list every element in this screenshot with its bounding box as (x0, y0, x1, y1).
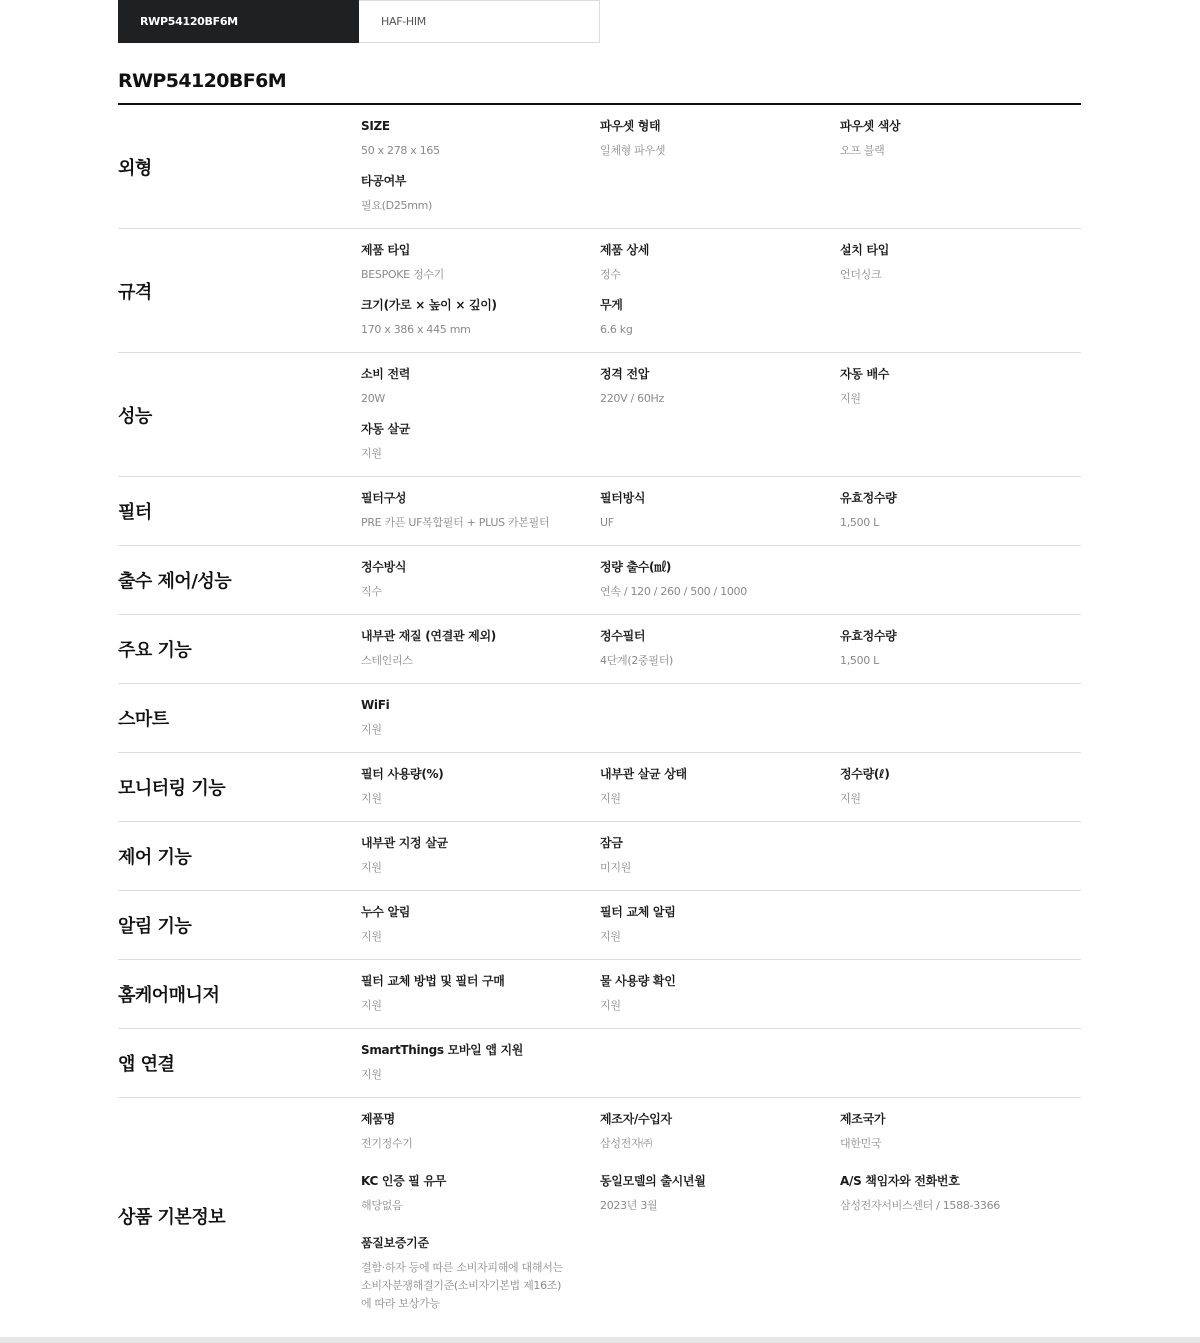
spec-item: 내부관 살균 상태지원 (600, 766, 840, 821)
section-category: 상품 기본정보 (118, 1098, 361, 1334)
spec-label: 자동 배수 (840, 366, 1080, 382)
spec-section: 주요 기능내부관 재질 (연결관 제외)스테인리스정수필터4단계(2중필터)유효… (118, 615, 1081, 684)
spec-item: 필터 교체 방법 및 필터 구매지원 (361, 973, 600, 1028)
spec-table: 외형SIZE50 x 278 x 165파우셋 형태일체형 파우셋파우셋 색상오… (118, 105, 1081, 1334)
spec-label: 물 사용량 확인 (600, 973, 840, 989)
spec-value: 1,500 L (840, 652, 1080, 670)
spec-label: 유효정수량 (840, 628, 1080, 644)
spec-section: 앱 연결SmartThings 모바일 앱 지원지원 (118, 1029, 1081, 1098)
spec-value: 스테인리스 (361, 652, 600, 670)
spec-value: 20W (361, 390, 600, 408)
spec-item: 제조국가대한민국 (840, 1111, 1080, 1173)
section-items: 정수방식직수정량 출수(㎖)연속 / 120 / 260 / 500 / 100… (361, 546, 1081, 614)
spec-label: 제품 상세 (600, 242, 840, 258)
spec-label: 정수방식 (361, 559, 600, 575)
spec-label: 동일모델의 출시년월 (600, 1173, 840, 1189)
spec-value: 삼성전자서비스센터 / 1588-3366 (840, 1197, 1080, 1215)
section-category: 홈케어매니저 (118, 960, 361, 1028)
spec-value: 지원 (840, 390, 1080, 408)
section-category: 외형 (118, 105, 361, 228)
spec-item: 품질보증기준결함·하자 등에 따른 소비자피해에 대해서는 소비자분쟁해결기준(… (361, 1235, 600, 1320)
spec-label: 파우셋 형태 (600, 118, 840, 134)
section-items: 누수 알림지원필터 교체 알림지원 (361, 891, 1081, 959)
spec-value: 지원 (840, 790, 1080, 808)
spec-item: 정수량(ℓ)지원 (840, 766, 1080, 821)
spec-label: 제조자/수입자 (600, 1111, 840, 1127)
section-category: 모니터링 기능 (118, 753, 361, 821)
spec-label: 파우셋 색상 (840, 118, 1080, 134)
spec-item: 제조자/수입자삼성전자㈜ (600, 1111, 840, 1173)
tab-label: HAF-HIM (381, 15, 426, 28)
spec-item: 소비 전력20W (361, 366, 600, 421)
spec-value: 연속 / 120 / 260 / 500 / 1000 (600, 583, 840, 601)
spec-value: 지원 (600, 997, 840, 1015)
section-items: 필터 교체 방법 및 필터 구매지원물 사용량 확인지원 (361, 960, 1081, 1028)
spec-label: 내부관 지정 살균 (361, 835, 600, 851)
tab-label: RWP54120BF6M (140, 15, 238, 28)
spec-item: 크기(가로 × 높이 × 깊이)170 x 386 x 445 mm (361, 297, 600, 352)
spec-label: 필터구성 (361, 490, 600, 506)
spec-item: 파우셋 형태일체형 파우셋 (600, 118, 840, 173)
section-items: 소비 전력20W정격 전압220V / 60Hz자동 배수지원자동 살균지원 (361, 353, 1081, 476)
spec-label: 무게 (600, 297, 840, 313)
model-tabs: RWP54120BF6M HAF-HIM (118, 0, 600, 43)
spec-section: 스마트WiFi지원 (118, 684, 1081, 753)
bottom-band (0, 1337, 1200, 1343)
spec-section: 홈케어매니저필터 교체 방법 및 필터 구매지원물 사용량 확인지원 (118, 960, 1081, 1029)
spec-section: 상품 기본정보제품명전기정수기제조자/수입자삼성전자㈜제조국가대한민국KC 인증… (118, 1098, 1081, 1334)
spec-label: 정격 전압 (600, 366, 840, 382)
section-category: 주요 기능 (118, 615, 361, 683)
spec-item: 자동 배수지원 (840, 366, 1080, 421)
section-category: 필터 (118, 477, 361, 545)
tab-rwp54120bf6m[interactable]: RWP54120BF6M (118, 0, 359, 43)
spec-item: 제품 타입BESPOKE 정수기 (361, 242, 600, 297)
spec-label: KC 인증 필 유무 (361, 1173, 600, 1189)
spec-value: 오프 블랙 (840, 142, 1080, 160)
section-items: 제품 타입BESPOKE 정수기제품 상세정수설치 타입언더싱크크기(가로 × … (361, 229, 1081, 352)
spec-value: BESPOKE 정수기 (361, 266, 600, 284)
spec-section: 외형SIZE50 x 278 x 165파우셋 형태일체형 파우셋파우셋 색상오… (118, 105, 1081, 229)
spec-label: 내부관 살균 상태 (600, 766, 840, 782)
spec-item: 설치 타입언더싱크 (840, 242, 1080, 297)
spec-label: 품질보증기준 (361, 1235, 600, 1251)
spec-item: 동일모델의 출시년월2023년 3월 (600, 1173, 840, 1235)
spec-item: 잠금미지원 (600, 835, 840, 890)
spec-value: 50 x 278 x 165 (361, 142, 600, 160)
spec-value: 직수 (361, 583, 600, 601)
spec-value: PRE 카픈 UF복합필터 + PLUS 카본필터 (361, 514, 600, 532)
section-items: SIZE50 x 278 x 165파우셋 형태일체형 파우셋파우셋 색상오프 … (361, 105, 1081, 228)
spec-item: 타공여부필요(D25mm) (361, 173, 600, 228)
section-items: SmartThings 모바일 앱 지원지원 (361, 1029, 1081, 1097)
spec-item: 필터방식UF (600, 490, 840, 545)
spec-item: 자동 살균지원 (361, 421, 600, 476)
spec-item: 필터 교체 알림지원 (600, 904, 840, 959)
spec-label: 자동 살균 (361, 421, 600, 437)
spec-value: 전기정수기 (361, 1135, 600, 1153)
spec-label: WiFi (361, 697, 600, 713)
spec-item: 파우셋 색상오프 블랙 (840, 118, 1080, 173)
section-category: 알림 기능 (118, 891, 361, 959)
spec-value: 지원 (361, 790, 600, 808)
spec-value: 언더싱크 (840, 266, 1080, 284)
spec-item: 제품명전기정수기 (361, 1111, 600, 1173)
spec-value: 필요(D25mm) (361, 197, 600, 215)
spec-value: 결함·하자 등에 따른 소비자피해에 대해서는 소비자분쟁해결기준(소비자기본법… (361, 1259, 600, 1313)
spec-item: 누수 알림지원 (361, 904, 600, 959)
spec-value: 지원 (361, 1066, 600, 1084)
spec-item: SIZE50 x 278 x 165 (361, 118, 600, 173)
section-items: 내부관 지정 살균지원잠금미지원 (361, 822, 1081, 890)
spec-label: 제품명 (361, 1111, 600, 1127)
spec-label: 정수량(ℓ) (840, 766, 1080, 782)
spec-value: 170 x 386 x 445 mm (361, 321, 600, 339)
spec-label: SIZE (361, 118, 600, 134)
spec-item: KC 인증 필 유무해당없음 (361, 1173, 600, 1235)
spec-item: 정량 출수(㎖)연속 / 120 / 260 / 500 / 1000 (600, 559, 840, 614)
spec-label: A/S 책임자와 전화번호 (840, 1173, 1080, 1189)
spec-value: 220V / 60Hz (600, 390, 840, 408)
spec-item: 정수필터4단계(2중필터) (600, 628, 840, 683)
spec-section: 출수 제어/성능정수방식직수정량 출수(㎖)연속 / 120 / 260 / 5… (118, 546, 1081, 615)
spec-label: 필터 교체 방법 및 필터 구매 (361, 973, 600, 989)
spec-section: 알림 기능누수 알림지원필터 교체 알림지원 (118, 891, 1081, 960)
spec-label: 정량 출수(㎖) (600, 559, 840, 575)
section-items: 필터 사용량(%)지원내부관 살균 상태지원정수량(ℓ)지원 (361, 753, 1081, 821)
spec-value: 해당없음 (361, 1197, 600, 1215)
spec-value: 일체형 파우셋 (600, 142, 840, 160)
spec-item: 필터구성PRE 카픈 UF복합필터 + PLUS 카본필터 (361, 490, 600, 545)
section-items: 제품명전기정수기제조자/수입자삼성전자㈜제조국가대한민국KC 인증 필 유무해당… (361, 1098, 1081, 1334)
tab-haf-him[interactable]: HAF-HIM (359, 0, 600, 43)
spec-item: 필터 사용량(%)지원 (361, 766, 600, 821)
spec-section: 필터필터구성PRE 카픈 UF복합필터 + PLUS 카본필터필터방식UF유효정… (118, 477, 1081, 546)
page-title: RWP54120BF6M (118, 70, 286, 92)
spec-item: 내부관 재질 (연결관 제외)스테인리스 (361, 628, 600, 683)
spec-item: SmartThings 모바일 앱 지원지원 (361, 1042, 600, 1097)
spec-label: 누수 알림 (361, 904, 600, 920)
spec-label: 크기(가로 × 높이 × 깊이) (361, 297, 600, 313)
section-category: 출수 제어/성능 (118, 546, 361, 614)
spec-label: 필터 교체 알림 (600, 904, 840, 920)
spec-section: 성능소비 전력20W정격 전압220V / 60Hz자동 배수지원자동 살균지원 (118, 353, 1081, 477)
spec-value: UF (600, 514, 840, 532)
spec-value: 미지원 (600, 859, 840, 877)
spec-label: 설치 타입 (840, 242, 1080, 258)
spec-label: 정수필터 (600, 628, 840, 644)
spec-value: 1,500 L (840, 514, 1080, 532)
spec-value: 지원 (361, 721, 600, 739)
spec-value: 지원 (600, 928, 840, 946)
spec-item: 제품 상세정수 (600, 242, 840, 297)
spec-label: 타공여부 (361, 173, 600, 189)
section-items: 필터구성PRE 카픈 UF복합필터 + PLUS 카본필터필터방식UF유효정수량… (361, 477, 1081, 545)
spec-value: 지원 (600, 790, 840, 808)
spec-label: 제품 타입 (361, 242, 600, 258)
spec-label: 소비 전력 (361, 366, 600, 382)
spec-item: 정격 전압220V / 60Hz (600, 366, 840, 421)
spec-value: 4단계(2중필터) (600, 652, 840, 670)
spec-label: 필터 사용량(%) (361, 766, 600, 782)
spec-value: 정수 (600, 266, 840, 284)
spec-label: SmartThings 모바일 앱 지원 (361, 1042, 600, 1058)
spec-item: 무게6.6 kg (600, 297, 840, 352)
spec-item: A/S 책임자와 전화번호삼성전자서비스센터 / 1588-3366 (840, 1173, 1080, 1235)
spec-item: 정수방식직수 (361, 559, 600, 614)
spec-label: 제조국가 (840, 1111, 1080, 1127)
section-category: 앱 연결 (118, 1029, 361, 1097)
spec-item: WiFi지원 (361, 697, 600, 752)
section-category: 스마트 (118, 684, 361, 752)
spec-item: 물 사용량 확인지원 (600, 973, 840, 1028)
spec-value: 삼성전자㈜ (600, 1135, 840, 1153)
spec-value: 2023년 3월 (600, 1197, 840, 1215)
section-category: 규격 (118, 229, 361, 352)
spec-value: 지원 (361, 445, 600, 463)
spec-section: 모니터링 기능필터 사용량(%)지원내부관 살균 상태지원정수량(ℓ)지원 (118, 753, 1081, 822)
spec-item: 내부관 지정 살균지원 (361, 835, 600, 890)
spec-label: 유효정수량 (840, 490, 1080, 506)
section-items: WiFi지원 (361, 684, 1081, 752)
spec-value: 지원 (361, 859, 600, 877)
spec-section: 제어 기능내부관 지정 살균지원잠금미지원 (118, 822, 1081, 891)
spec-value: 지원 (361, 928, 600, 946)
spec-label: 잠금 (600, 835, 840, 851)
spec-item: 유효정수량1,500 L (840, 490, 1080, 545)
spec-item: 유효정수량1,500 L (840, 628, 1080, 683)
section-category: 성능 (118, 353, 361, 476)
spec-label: 내부관 재질 (연결관 제외) (361, 628, 600, 644)
spec-section: 규격제품 타입BESPOKE 정수기제품 상세정수설치 타입언더싱크크기(가로 … (118, 229, 1081, 353)
spec-value: 6.6 kg (600, 321, 840, 339)
section-items: 내부관 재질 (연결관 제외)스테인리스정수필터4단계(2중필터)유효정수량1,… (361, 615, 1081, 683)
spec-value: 지원 (361, 997, 600, 1015)
spec-value: 대한민국 (840, 1135, 1080, 1153)
section-category: 제어 기능 (118, 822, 361, 890)
spec-label: 필터방식 (600, 490, 840, 506)
